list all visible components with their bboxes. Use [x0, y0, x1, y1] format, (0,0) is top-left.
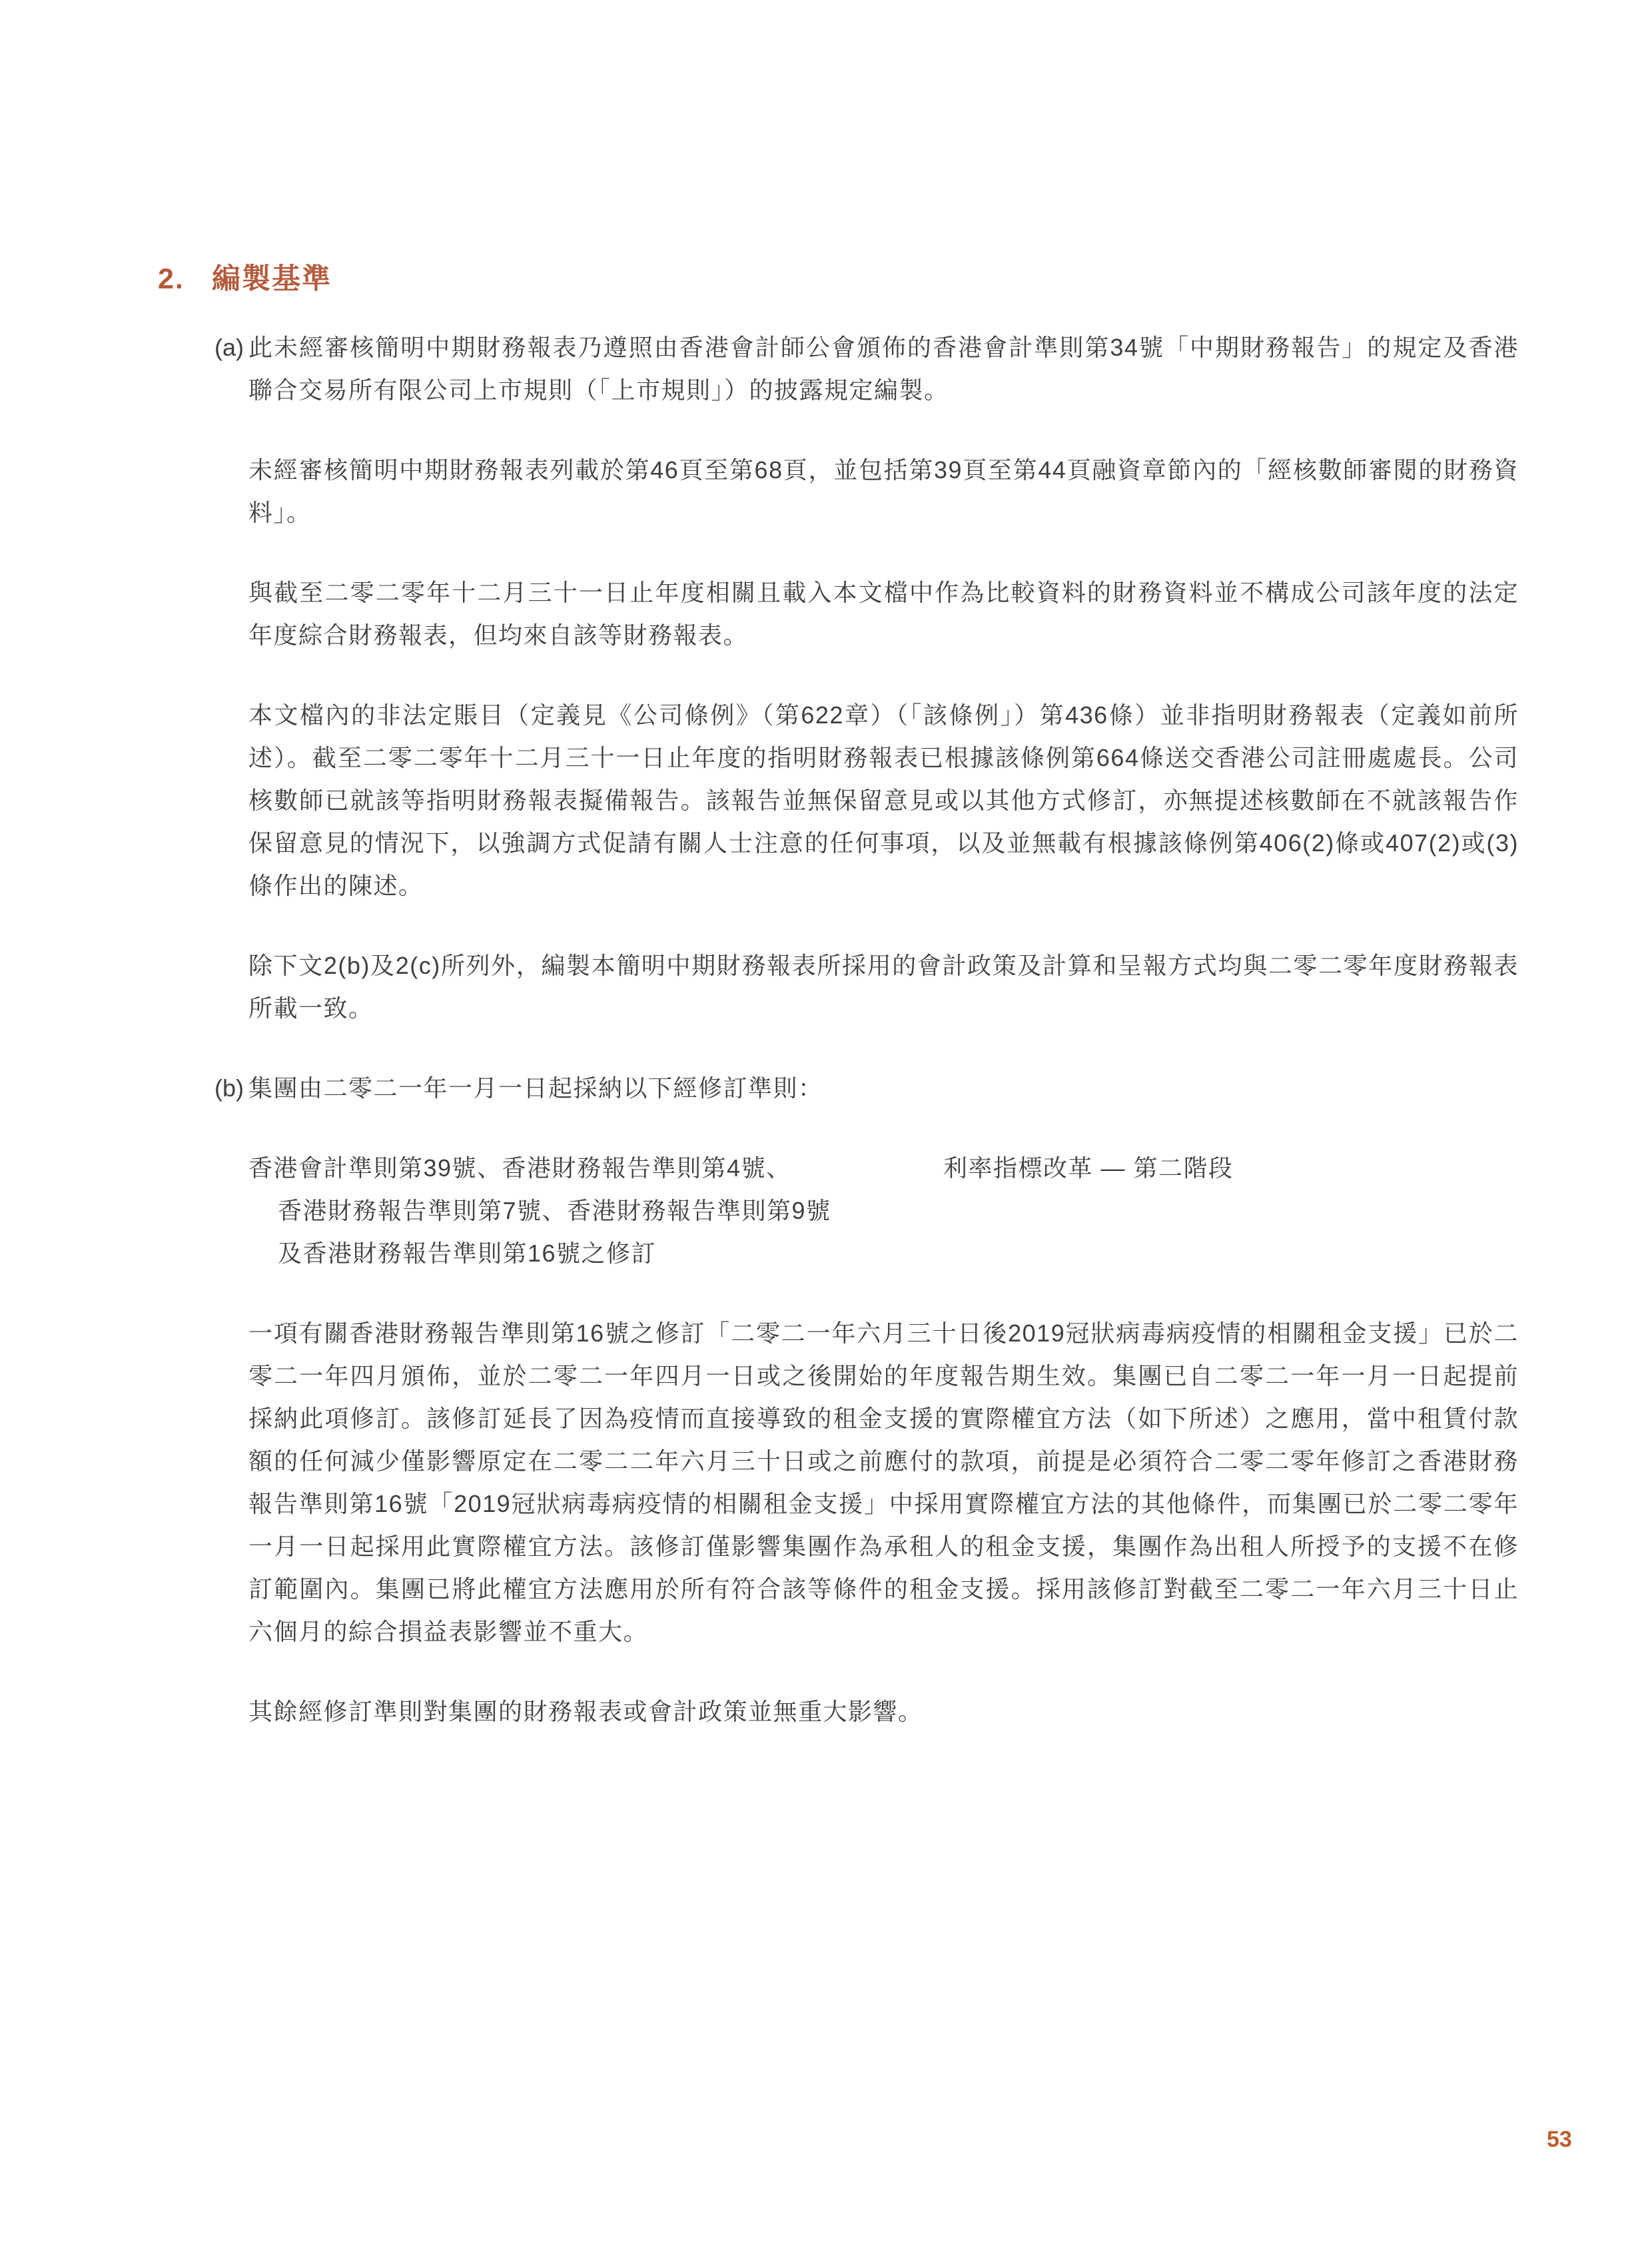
- paragraph: 除下文2(b)及2(c)所列外，編製本簡明中期財務報表所採用的會計政策及計算和呈…: [248, 944, 1519, 1030]
- amendment-name-line: 香港會計準則第39號、香港財務報告準則第4號、: [248, 1147, 1519, 1190]
- page-number: 53: [1547, 2126, 1572, 2153]
- amendment-topic: 利率指標改革 — 第二階段: [943, 1147, 1234, 1190]
- paragraph: 與截至二零二零年十二月三十一日止年度相關且載入本文檔中作為比較資料的財務資料並不…: [248, 571, 1519, 657]
- paragraph: 集團由二零二一年一月一日起採納以下經修訂準則：: [248, 1067, 1519, 1110]
- paragraph: 一項有關香港財務報告準則第16號之修訂「二零二一年六月三十日後2019冠狀病毒病…: [248, 1312, 1519, 1653]
- amendment-name-line: 及香港財務報告準則第16號之修訂: [248, 1232, 1519, 1275]
- section-number: 2.: [158, 262, 212, 296]
- section-title: 編製基準: [212, 262, 332, 296]
- amendments-table: 香港會計準則第39號、香港財務報告準則第4號、 香港財務報告準則第7號、香港財務…: [248, 1147, 1519, 1275]
- paragraph: 未經審核簡明中期財務報表列載於第46頁至第68頁，並包括第39頁至第44頁融資章…: [248, 449, 1519, 534]
- note-item-a: (a) 此未經審核簡明中期財務報表乃遵照由香港會計師公會頒佈的香港會計準則第34…: [214, 326, 1519, 1030]
- amendment-name-line: 香港財務報告準則第7號、香港財務報告準則第9號: [248, 1190, 1519, 1232]
- amendment-name: 香港會計準則第39號、香港財務報告準則第4號、 香港財務報告準則第7號、香港財務…: [248, 1147, 1519, 1275]
- paragraph: 此未經審核簡明中期財務報表乃遵照由香港會計師公會頒佈的香港會計準則第34號「中期…: [248, 326, 1519, 412]
- item-b-label: (b): [214, 1067, 244, 1110]
- paragraph: 本文檔內的非法定賬目（定義見《公司條例》（第622章）（「該條例」）第436條）…: [248, 694, 1519, 907]
- paragraph: 其餘經修訂準則對集團的財務報表或會計政策並無重大影響。: [248, 1690, 1519, 1733]
- section-heading: 2. 編製基準: [158, 262, 332, 296]
- note-content: (a) 此未經審核簡明中期財務報表乃遵照由香港會計師公會頒佈的香港會計準則第34…: [214, 326, 1519, 1770]
- note-item-b: (b) 集團由二零二一年一月一日起採納以下經修訂準則： 香港會計準則第39號、香…: [214, 1067, 1519, 1733]
- document-page: 2. 編製基準 (a) 此未經審核簡明中期財務報表乃遵照由香港會計師公會頒佈的香…: [0, 0, 1652, 2242]
- item-a-label: (a): [214, 326, 244, 369]
